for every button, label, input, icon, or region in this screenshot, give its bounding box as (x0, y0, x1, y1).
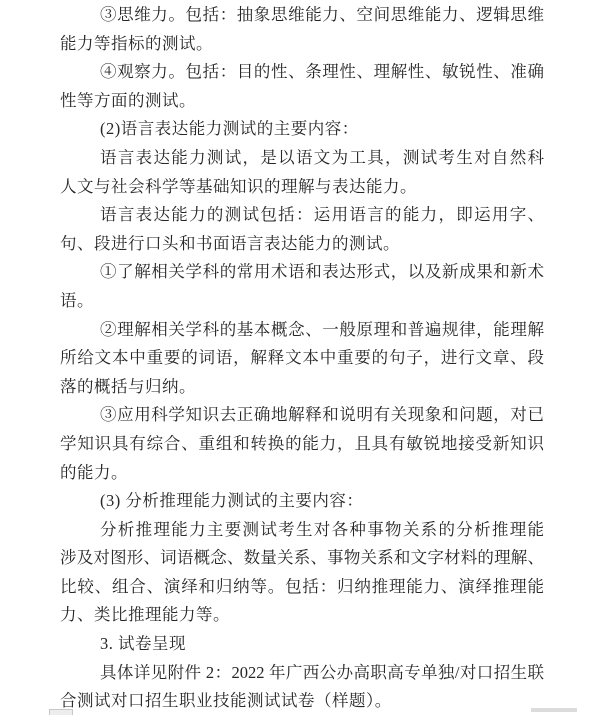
paragraph: (2)语言表达能力测试的主要内容： (60, 115, 544, 144)
text-line: 分析推理能力主要测试考生对各种事物关系的分析推理能力， (60, 516, 544, 545)
paragraph: 语言表达能力测试，是以语文为工具，测试考生对自然科学、人文与社会科学等基础知识的… (60, 144, 544, 201)
page-corner-mark-left (49, 709, 73, 715)
paragraph: ④观察力。包括：目的性、条理性、理解性、敏锐性、准确性等方面的测试。 (60, 58, 544, 115)
text-line: 语言表达能力的测试包括：运用语言的能力，即运用字、词、 (60, 201, 544, 230)
text-line: ③思维力。包括：抽象思维能力、空间思维能力、逻辑思维 (60, 1, 544, 30)
text-line: 人文与社会科学等基础知识的理解与表达能力。 (60, 173, 544, 202)
text-line: 句、段进行口头和书面语言表达能力的测试。 (60, 230, 544, 259)
text-line: 语。 (60, 287, 544, 316)
text-line: (2)语言表达能力测试的主要内容： (60, 115, 544, 144)
page-corner-mark-right (531, 708, 577, 712)
text-line: 能力等指标的测试。 (60, 30, 544, 59)
text-line: 力、类比推理能力等。 (60, 601, 544, 630)
paragraph: ③思维力。包括：抽象思维能力、空间思维能力、逻辑思维能力等指标的测试。 (60, 1, 544, 58)
text-line: 的能力。 (60, 459, 544, 488)
text-line: (3) 分析推理能力测试的主要内容： (60, 487, 544, 516)
text-line: 涉及对图形、词语概念、数量关系、事物关系和文字材料的理解、 (60, 544, 544, 573)
text-line: 3. 试卷呈现 (60, 630, 544, 659)
paragraph: (3) 分析推理能力测试的主要内容： (60, 487, 544, 516)
text-line: 落的概括与归纳。 (60, 373, 544, 402)
paragraph: 具体详见附件 2：2022 年广西公办高职高专单独/对口招生联合测试对口招生职业… (60, 659, 544, 715)
text-line: 具体详见附件 2：2022 年广西公办高职高专单独/对口招生联 (60, 659, 544, 688)
text-line: 语言表达能力测试，是以语文为工具，测试考生对自然科学、 (60, 144, 544, 173)
paragraph: ②理解相关学科的基本概念、一般原理和普遍规律，能理解所给文本中重要的词语，解释文… (60, 316, 544, 402)
text-line: ②理解相关学科的基本概念、一般原理和普遍规律，能理解 (60, 316, 544, 345)
text-line: 性等方面的测试。 (60, 87, 544, 116)
paragraph: ①了解相关学科的常用术语和表达形式，以及新成果和新术语。 (60, 258, 544, 315)
paragraph: 3. 试卷呈现 (60, 630, 544, 659)
text-block: ③思维力。包括：抽象思维能力、空间思维能力、逻辑思维能力等指标的测试。④观察力。… (60, 1, 544, 715)
text-line: ①了解相关学科的常用术语和表达形式，以及新成果和新术 (60, 258, 544, 287)
text-line: ④观察力。包括：目的性、条理性、理解性、敏锐性、准确 (60, 58, 544, 87)
text-line: 合测试对口招生职业技能测试试卷（样题）。 (60, 687, 544, 715)
paragraph: ③应用科学知识去正确地解释和说明有关现象和问题，对已学知识具有综合、重组和转换的… (60, 401, 544, 487)
text-line: 所给文本中重要的词语，解释文本中重要的句子，进行文章、段 (60, 344, 544, 373)
document-page: ③思维力。包括：抽象思维能力、空间思维能力、逻辑思维能力等指标的测试。④观察力。… (0, 0, 600, 715)
text-line: ③应用科学知识去正确地解释和说明有关现象和问题，对已 (60, 401, 544, 430)
paragraph: 分析推理能力主要测试考生对各种事物关系的分析推理能力，涉及对图形、词语概念、数量… (60, 516, 544, 630)
text-line: 比较、组合、演绎和归纳等。包括：归纳推理能力、演绎推理能 (60, 573, 544, 602)
text-line: 学知识具有综合、重组和转换的能力，且具有敏锐地接受新知识 (60, 430, 544, 459)
paragraph: 语言表达能力的测试包括：运用语言的能力，即运用字、词、句、段进行口头和书面语言表… (60, 201, 544, 258)
